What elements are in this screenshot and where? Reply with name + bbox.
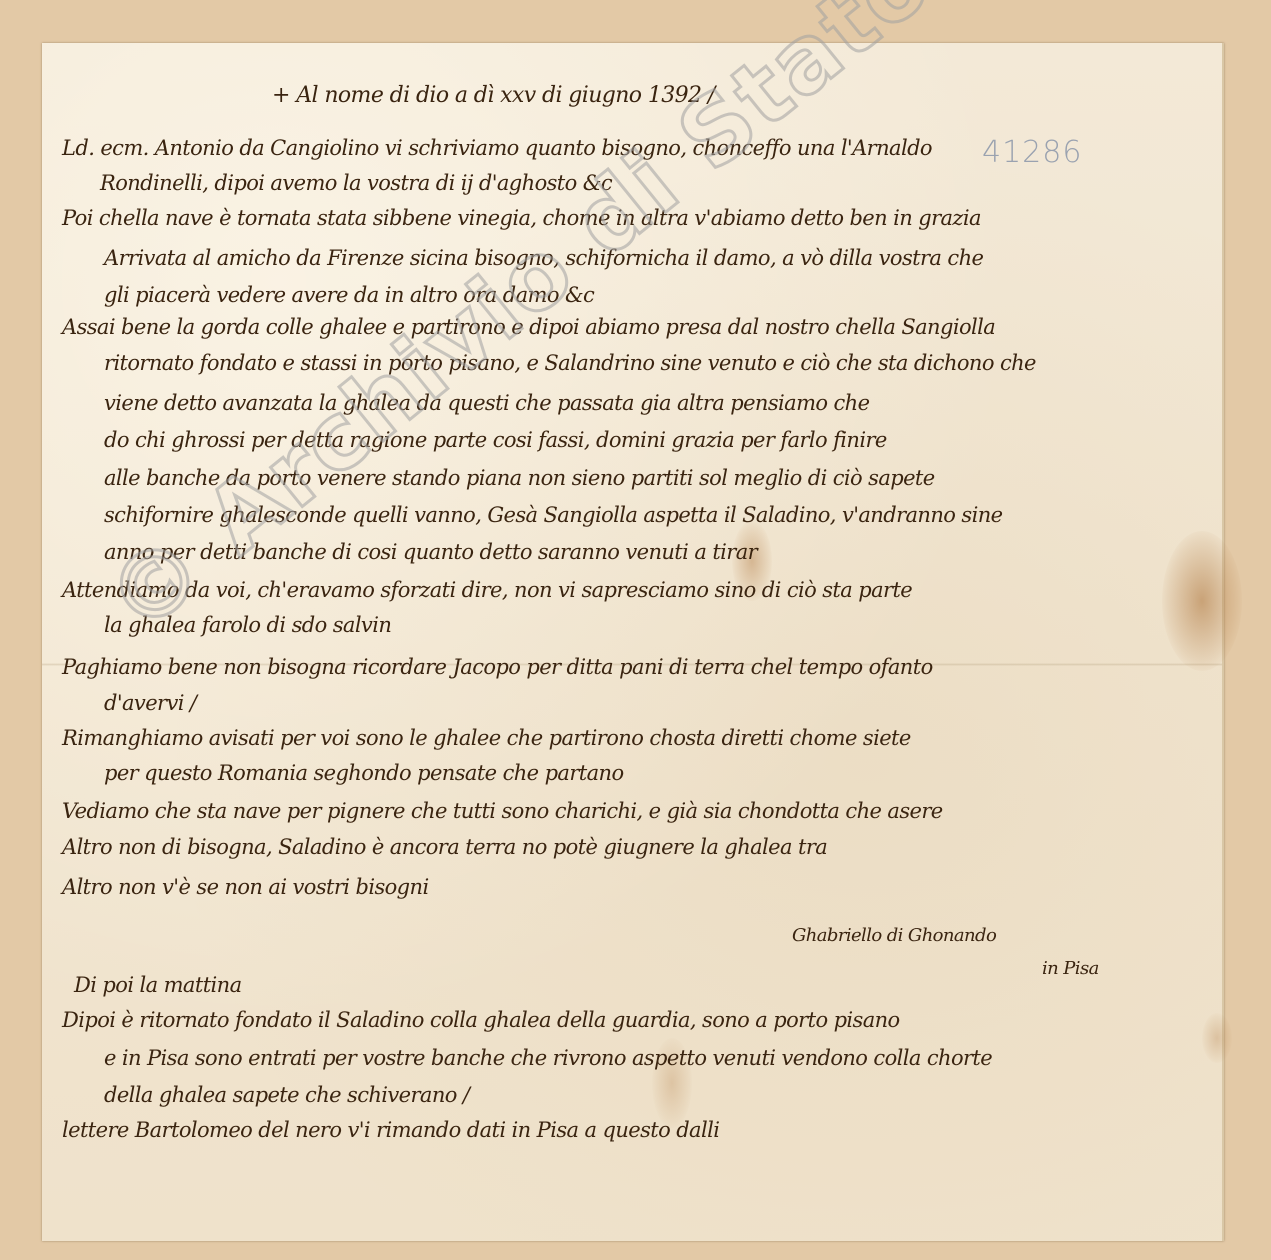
text-line: Arrivata al amicho da Firenze sicina bis…: [104, 246, 983, 270]
text-line: Paghiamo bene non bisogna ricordare Jaco…: [62, 655, 933, 679]
text-line: Rondinelli, dipoi avemo la vostra di ij …: [100, 171, 612, 195]
text-line: anno per detti banche di cosi quanto det…: [104, 540, 757, 564]
ink-stain: [1162, 531, 1242, 671]
text-line: schifornire ghalesconde quelli vanno, Ge…: [104, 503, 1002, 527]
text-line: Assai bene la gorda colle ghalee e parti…: [62, 315, 995, 339]
text-line: la ghalea farolo di sdo salvin: [104, 613, 391, 637]
text-line: Altro non di bisogna, Saladino è ancora …: [62, 835, 827, 859]
text-line: viene detto avanzata la ghalea da questi…: [104, 391, 869, 415]
text-line: per questo Romania seghondo pensate che …: [104, 761, 624, 785]
letter-header: + Al nome di dio a dì xxv di giugno 1392…: [272, 83, 715, 108]
text-line: Ld. ecm. Antonio da Cangiolino vi schriv…: [62, 136, 932, 160]
text-line: Di poi la mattina: [74, 973, 242, 997]
signature: Ghabriello di Ghonando: [792, 925, 996, 946]
text-line: Altro non v'è se non ai vostri bisogni: [62, 875, 429, 899]
text-line: e in Pisa sono entrati per vostre banche…: [104, 1046, 992, 1070]
text-line: Dipoi è ritornato fondato il Saladino co…: [62, 1008, 900, 1032]
signature-location: in Pisa: [1042, 958, 1099, 979]
text-line: gli piacerà vedere avere da in altro ora…: [104, 283, 594, 307]
text-line: della ghalea sapete che schiverano /: [104, 1083, 469, 1107]
text-line: alle banche da porto venere stando piana…: [104, 466, 935, 490]
archive-number-stamp: 41286: [982, 135, 1082, 170]
text-line: Attendiamo da voi, ch'eravamo sforzati d…: [62, 578, 912, 602]
text-line: Vediamo che sta nave per pignere che tut…: [62, 799, 943, 823]
text-line: do chi ghrossi per detta ragione parte c…: [104, 428, 887, 452]
text-line: Poi chella nave è tornata stata sibbene …: [62, 206, 981, 230]
text-line: d'avervi /: [104, 691, 196, 715]
text-line: lettere Bartolomeo del nero v'i rimando …: [62, 1118, 719, 1142]
text-line: Rimanghiamo avisati per voi sono le ghal…: [62, 726, 911, 750]
text-line: ritornato fondato e stassi in porto pisa…: [104, 351, 1036, 375]
manuscript-page: 41286 + Al nome di dio a dì xxv di giugn…: [42, 43, 1224, 1241]
ink-stain: [1202, 1013, 1232, 1063]
